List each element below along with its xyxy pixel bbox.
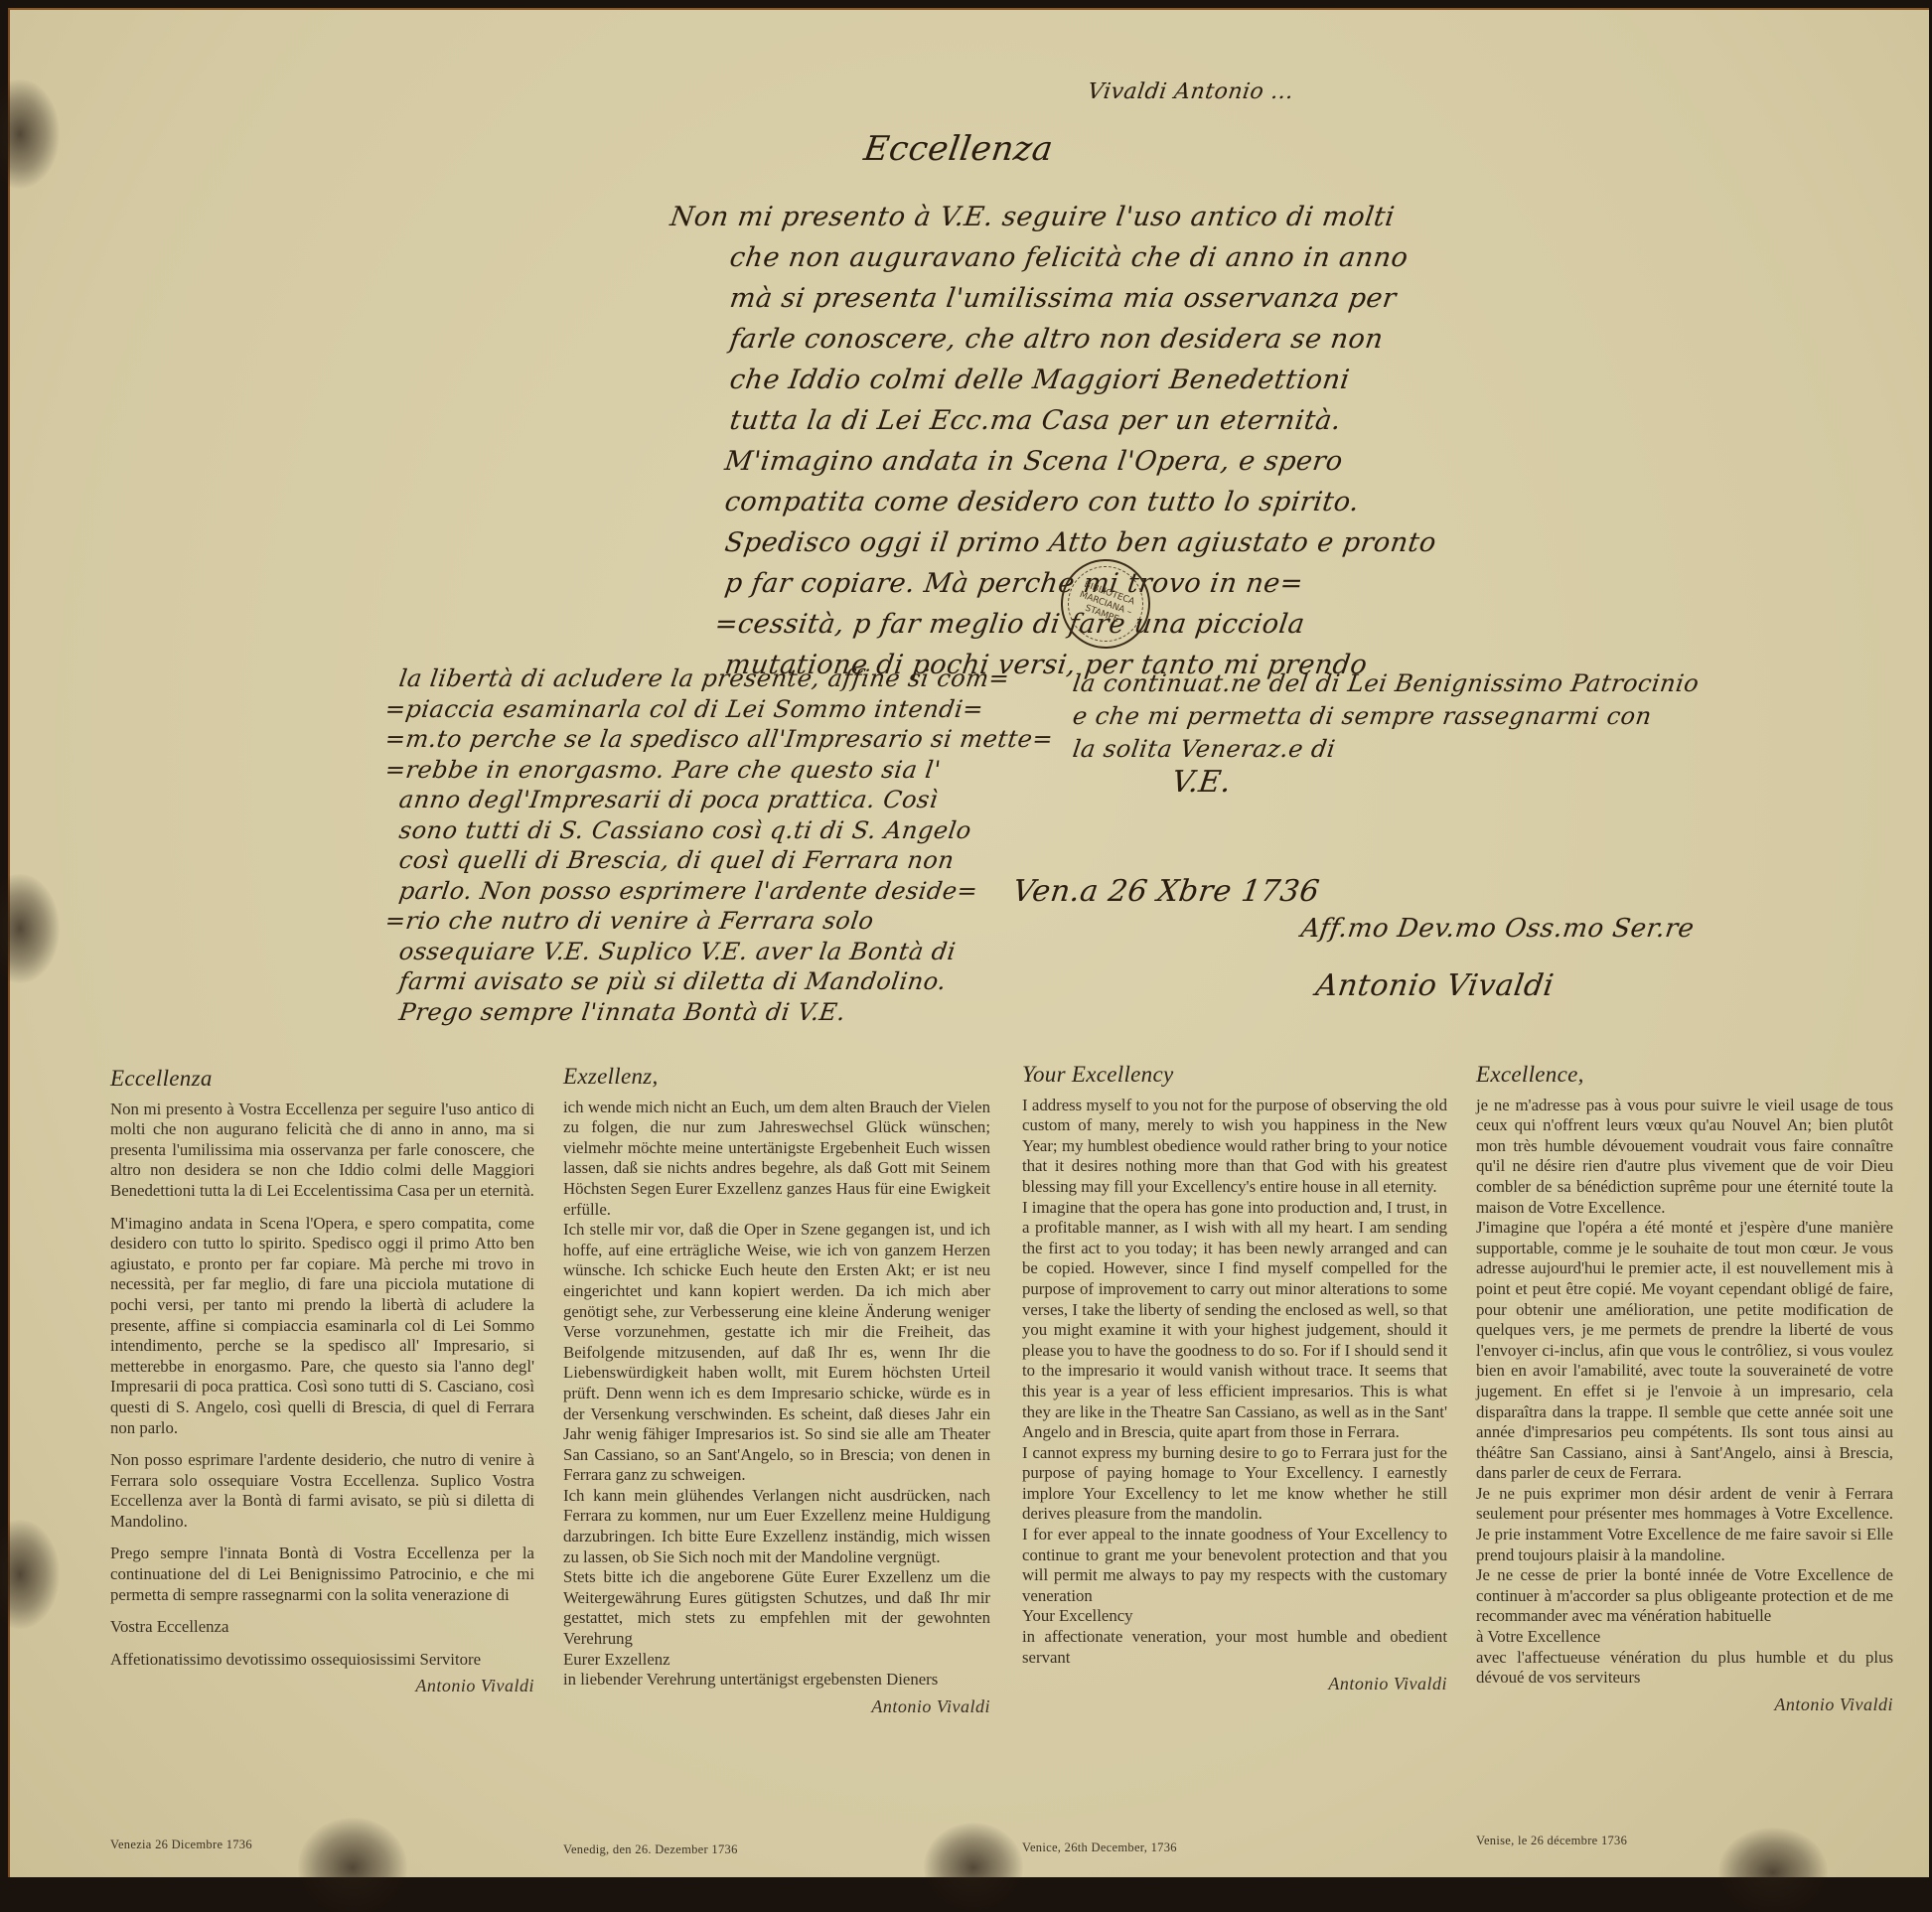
signature: Antonio Vivaldi <box>563 1696 990 1717</box>
paragraph: I for ever appeal to the innate goodness… <box>1022 1525 1447 1606</box>
paragraph: Vostra Eccellenza <box>110 1617 534 1638</box>
left-edge-shadow-middle <box>0 874 60 983</box>
paragraph: je ne m'adresse pas à vous pour suivre l… <box>1476 1096 1893 1219</box>
translation-french: Excellence, je ne m'adresse pas à vous p… <box>1476 1065 1893 1714</box>
dateline-english: Venice, 26th December, 1736 <box>1022 1840 1177 1855</box>
manuscript-page-1: Non mi presento à V.E. seguire l'uso ant… <box>670 197 1436 685</box>
heading-french: Excellence, <box>1476 1065 1893 1086</box>
paragraph: I address myself to you not for the purp… <box>1022 1096 1447 1198</box>
bottom-edge-shadow-left <box>298 1818 407 1912</box>
paragraph: Non posso esprimare l'ardente desiderio,… <box>110 1450 534 1532</box>
paragraph: ich wende mich nicht an Euch, um dem alt… <box>563 1098 990 1221</box>
paragraph: avec l'affectueuse vénération du plus hu… <box>1476 1648 1893 1689</box>
dateline-german: Venedig, den 26. Dezember 1736 <box>563 1842 738 1857</box>
translation-italian: Eccellenza Non mi presento à Vostra Ecce… <box>110 1069 534 1696</box>
paragraph: Eurer Exzellenz <box>563 1650 990 1671</box>
bottom-edge-shadow-center <box>924 1823 1023 1912</box>
manuscript-page-3: la continuat.ne del di Lei Benignissimo … <box>1073 667 1699 799</box>
translation-english: Your Excellency I address myself to you … <box>1022 1065 1447 1694</box>
record-sleeve-back: Vivaldi Antonio ... Eccellenza Non mi pr… <box>8 8 1929 1877</box>
left-edge-shadow-bottom <box>0 1520 60 1629</box>
paragraph: Ich kann mein glühendes Verlangen nicht … <box>563 1486 990 1567</box>
heading-italian: Eccellenza <box>110 1069 534 1090</box>
paragraph: Your Excellency <box>1022 1606 1447 1627</box>
dateline-italian: Venezia 26 Dicembre 1736 <box>110 1838 252 1852</box>
paragraph: Je ne cesse de prier la bonté innée de V… <box>1476 1565 1893 1627</box>
paragraph: à Votre Excellence <box>1476 1627 1893 1648</box>
bottom-edge-shadow-right <box>1718 1828 1828 1912</box>
paragraph: Prego sempre l'innata Bontà di Vostra Ec… <box>110 1544 534 1605</box>
manuscript-signature: Antonio Vivaldi <box>1316 968 1554 1003</box>
paragraph: Stets bitte ich die angeborene Güte Eure… <box>563 1567 990 1649</box>
paragraph: I imagine that the opera has gone into p… <box>1022 1198 1447 1443</box>
heading-german: Exzellenz, <box>563 1067 990 1088</box>
archive-note: Vivaldi Antonio ... <box>1088 79 1293 104</box>
manuscript-page-2: la libertà di acludere la presente, affi… <box>385 663 1053 1027</box>
paragraph: Ich stelle mir vor, daß die Oper in Szen… <box>563 1220 990 1486</box>
left-edge-shadow-top <box>0 79 60 189</box>
signature: Antonio Vivaldi <box>1476 1694 1893 1715</box>
paragraph: in affectionate veneration, your most hu… <box>1022 1627 1447 1668</box>
paragraph: J'imagine que l'opéra a été monté et j'e… <box>1476 1218 1893 1484</box>
manuscript-closing: Aff.mo Dev.mo Oss.mo Ser.re <box>1301 914 1694 944</box>
signature: Antonio Vivaldi <box>110 1676 534 1696</box>
translation-german: Exzellenz, ich wende mich nicht an Euch,… <box>563 1067 990 1716</box>
signature: Antonio Vivaldi <box>1022 1674 1447 1694</box>
paragraph: M'imagino andata in Scena l'Opera, e spe… <box>110 1214 534 1439</box>
paragraph: Je ne puis exprimer mon désir ardent de … <box>1476 1484 1893 1565</box>
paragraph: in liebender Verehrung untertänigst erge… <box>563 1670 990 1691</box>
dateline-french: Venise, le 26 décembre 1736 <box>1476 1834 1627 1848</box>
paragraph: Non mi presento à Vostra Eccellenza per … <box>110 1100 534 1202</box>
manuscript-dateline: Ven.a 26 Xbre 1736 <box>1013 874 1319 909</box>
heading-english: Your Excellency <box>1022 1065 1447 1086</box>
manuscript-title: Eccellenza <box>864 129 1053 169</box>
paragraph: I cannot express my burning desire to go… <box>1022 1443 1447 1525</box>
paragraph: Affetionatissimo devotissimo ossequiosis… <box>110 1650 534 1671</box>
